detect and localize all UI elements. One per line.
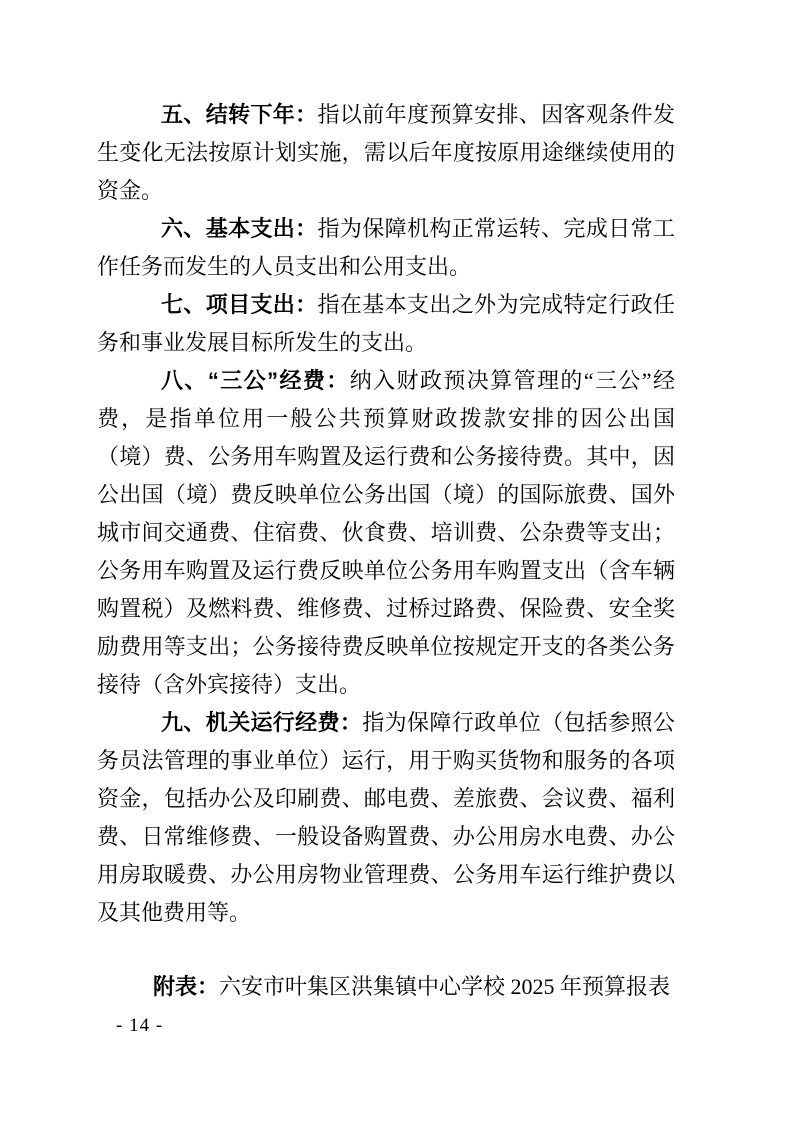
paragraph-label: 九、机关运行经费： (161, 710, 362, 735)
paragraph-text: 纳入财政预决算管理的“三公”经费，是指单位用一般公共预算财政拨款安排的因公出国（… (97, 368, 675, 697)
appendix-label: 附表： (153, 974, 219, 999)
document-page: 五、结转下年：指以前年度预算安排、因客观条件发生变化无法按原计划实施，需以后年度… (0, 0, 793, 1122)
page-number: - 14 - (116, 1014, 163, 1038)
appendix-text: 六安市叶集区洪集镇中心学校 2025 年预算报表 (219, 974, 670, 999)
paragraph-label: 六、基本支出： (161, 216, 318, 241)
paragraph-label: 七、项目支出： (161, 292, 318, 317)
paragraph-text: 指为保障行政单位（包括参照公务员法管理的事业单位）运行，用于购买货物和服务的各项… (97, 710, 675, 925)
paragraph-label: 五、结转下年： (161, 102, 318, 127)
paragraph-project-expenditure: 七、项目支出：指在基本支出之外为完成特定行政任务和事业发展目标所发生的支出。 (97, 286, 675, 362)
paragraph-operating-funds: 九、机关运行经费：指为保障行政单位（包括参照公务员法管理的事业单位）运行，用于购… (97, 704, 675, 932)
paragraph-three-public-funds: 八、“三公”经费：纳入财政预决算管理的“三公”经费，是指单位用一般公共预算财政拨… (97, 362, 675, 704)
appendix-note: 附表：六安市叶集区洪集镇中心学校 2025 年预算报表 (97, 968, 675, 1006)
paragraph-basic-expenditure: 六、基本支出：指为保障机构正常运转、完成日常工作任务而发生的人员支出和公用支出。 (97, 210, 675, 286)
paragraph-carryover: 五、结转下年：指以前年度预算安排、因客观条件发生变化无法按原计划实施，需以后年度… (97, 96, 675, 210)
paragraph-label: 八、“三公”经费： (161, 368, 350, 393)
document-body: 五、结转下年：指以前年度预算安排、因客观条件发生变化无法按原计划实施，需以后年度… (97, 96, 675, 1006)
